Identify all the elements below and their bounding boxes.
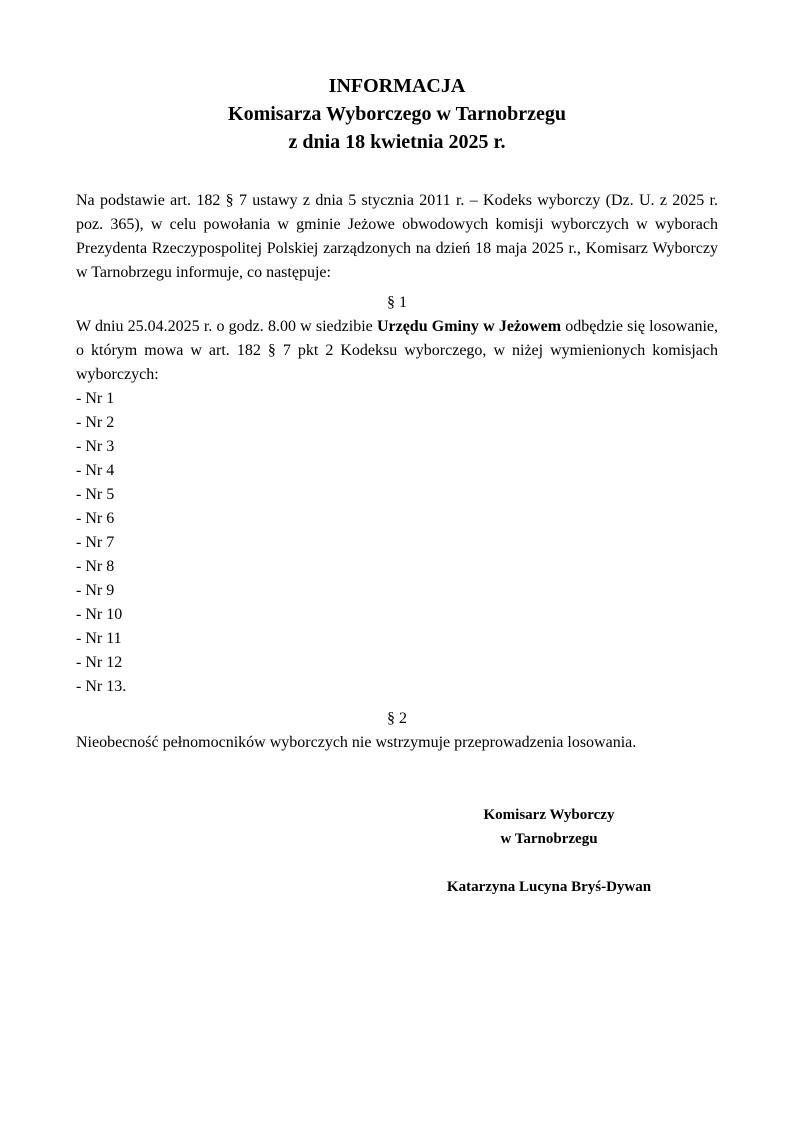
list-item: - Nr 2 [76,411,718,435]
list-item: - Nr 9 [76,579,718,603]
list-item: - Nr 8 [76,555,718,579]
section-2: § 2 Nieobecność pełnomocników wyborczych… [76,707,718,755]
list-item: - Nr 13. [76,675,718,699]
list-item: - Nr 4 [76,459,718,483]
list-item: - Nr 12 [76,651,718,675]
section-1: § 1 W dniu 25.04.2025 r. o godz. 8.00 w … [76,291,718,699]
section-1-paragraph: W dniu 25.04.2025 r. o godz. 8.00 w sied… [76,315,718,387]
list-item: - Nr 1 [76,387,718,411]
commission-list: - Nr 1- Nr 2- Nr 3- Nr 4- Nr 5- Nr 6- Nr… [76,387,718,699]
list-item: - Nr 7 [76,531,718,555]
list-item: - Nr 10 [76,603,718,627]
signature-role: Komisarz Wyborczy [422,803,676,827]
section-2-paragraph: Nieobecność pełnomocników wyborczych nie… [76,731,718,755]
document-issuer: Komisarza Wyborczego w Tarnobrzegu [76,100,718,128]
section-1-location: Urzędu Gminy w Jeżowem [377,318,561,335]
list-item: - Nr 11 [76,627,718,651]
list-item: - Nr 6 [76,507,718,531]
intro-paragraph: Na podstawie art. 182 § 7 ustawy z dnia … [76,189,718,285]
signature-office: w Tarnobrzegu [422,827,676,851]
document-header: INFORMACJA Komisarza Wyborczego w Tarnob… [76,72,718,156]
section-1-text-before: W dniu 25.04.2025 r. o godz. 8.00 w sied… [76,318,377,335]
signature-title: Komisarz Wyborczy w Tarnobrzegu [422,803,676,851]
list-item: - Nr 5 [76,483,718,507]
list-item: - Nr 3 [76,435,718,459]
document-title: INFORMACJA [76,72,718,100]
document-date: z dnia 18 kwietnia 2025 r. [76,128,718,156]
signature-name: Katarzyna Lucyna Bryś-Dywan [422,875,676,899]
section-1-heading: § 1 [76,291,718,315]
section-2-heading: § 2 [76,707,718,731]
